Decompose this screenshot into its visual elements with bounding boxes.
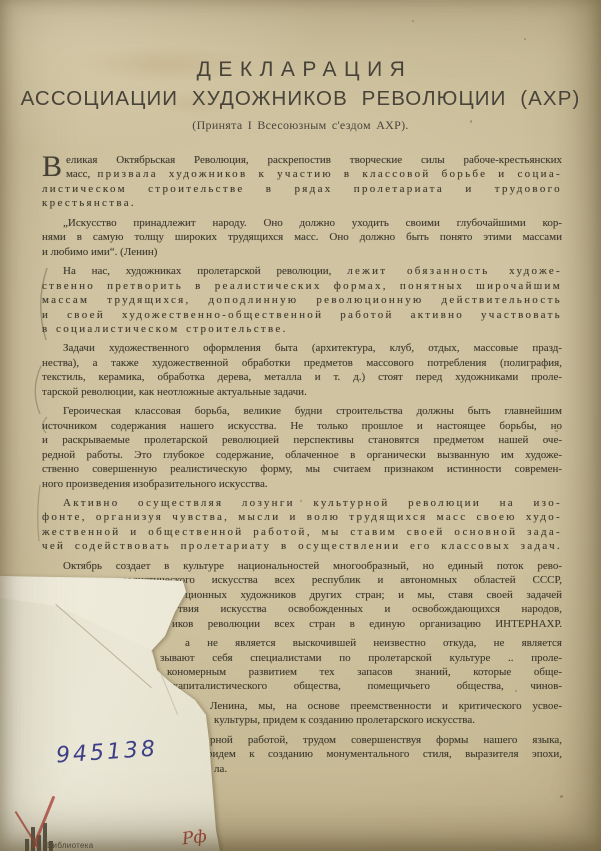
- logo-bar: [25, 839, 29, 851]
- text-line: крестьянства.: [42, 196, 562, 210]
- text-line: а не является выскочившей неизвестно отк…: [185, 636, 562, 650]
- text-line: источником содержания нашего искусства. …: [42, 419, 562, 433]
- text-line: массам трудящихся, доподлинную революцио…: [42, 293, 562, 307]
- paragraph: На нас, художниках пролетарской революци…: [42, 264, 562, 336]
- text-line: Задачи художественного оформления быта (…: [42, 341, 562, 355]
- text-line: культуры, придем к созданию пролетарског…: [214, 713, 562, 727]
- text-line: Героическая классовая борьба, великие бу…: [42, 404, 562, 418]
- text-line: еликая Октябрьская Революция, раскрепост…: [42, 153, 562, 167]
- text-segment: еликая Октябрьская Революция, раскрепост…: [66, 154, 562, 166]
- text-line: листическом строительстве в рядах пролет…: [42, 182, 562, 196]
- paragraph: „Искусство принадлежит народу. Оно должн…: [42, 216, 562, 259]
- text-line: ственно совершенную реалистическую форму…: [42, 462, 562, 476]
- envelope-overlay: [0, 570, 240, 851]
- text-segment: масс,: [66, 168, 97, 180]
- text-line: ного произведения изобразительного искус…: [42, 477, 562, 491]
- text-segment: лежит обязанность художе-: [347, 265, 562, 277]
- paragraph: Героическая классовая борьба, великие бу…: [42, 404, 562, 491]
- paper-speck: [412, 20, 414, 22]
- envelope-body: [0, 570, 240, 851]
- text-line: чей содействовать пролетариату в осущест…: [42, 539, 562, 553]
- text-line: „Искусство принадлежит народу. Оно должн…: [42, 216, 562, 230]
- text-line: масс, призвала художников к участию в кл…: [42, 167, 562, 181]
- text-line: в социалистическом строительстве.: [42, 322, 562, 336]
- handwritten-red-mark: Рф: [181, 827, 208, 850]
- scanned-document-page: ДЕКЛАРАЦИЯ АССОЦИАЦИИ ХУДОЖНИКОВ РЕВОЛЮЦ…: [0, 0, 601, 851]
- text-line: ственно претворить в реалистических форм…: [42, 279, 562, 293]
- text-segment: призвала художников к участию в классово…: [98, 168, 563, 180]
- envelope-flap: [0, 570, 240, 851]
- text-line: ционных художников других стран; и мы, с…: [185, 588, 562, 602]
- paper-speck: [524, 38, 526, 40]
- text-line: тарской революции, как неотложные актуал…: [42, 385, 562, 399]
- text-line: редной работы. Это глубокое содержание, …: [42, 448, 562, 462]
- text-line: и любимо ими“. (Ленин): [42, 245, 562, 259]
- text-line: Активно осуществляя лозунги культурной р…: [42, 496, 562, 510]
- text-line: Ленина, мы, на основе преемственности и …: [210, 699, 562, 713]
- text-line: текстиль, керамика, обработка дерева, ме…: [42, 370, 562, 384]
- paragraph: Активно осуществляя лозунги культурной р…: [42, 496, 562, 554]
- paragraph: Великая Октябрьская Революция, раскрепос…: [42, 153, 562, 211]
- text-line: ла.: [214, 762, 562, 776]
- text-line: и раскрываемые пролетарской революцией п…: [42, 433, 562, 447]
- document-title-line2: АССОЦИАЦИИ ХУДОЖНИКОВ РЕВОЛЮЦИИ (АХР): [0, 87, 601, 111]
- text-line: нями в самую толщу широких трудящихся ма…: [42, 230, 562, 244]
- title-block: ДЕКЛАРАЦИЯ АССОЦИАЦИИ ХУДОЖНИКОВ РЕВОЛЮЦ…: [0, 58, 601, 133]
- text-line: фонте, организуя чувства, мысли и волю т…: [42, 510, 562, 524]
- document-subtitle: (Принята I Всесоюзным с'ездом АХР).: [0, 118, 601, 133]
- document-title-line1: ДЕКЛАРАЦИЯ: [8, 58, 601, 82]
- text-line: жественной и общественной работой, мы ст…: [42, 525, 562, 539]
- envelope-fold-line: [151, 650, 178, 715]
- text-line: и своей художественно-общественной работ…: [42, 308, 562, 322]
- dropcap-letter: В: [42, 153, 66, 179]
- text-line: рной работой, трудом совершенствуя формы…: [210, 733, 562, 747]
- text-line: ридем к созданию монументального стиля, …: [207, 747, 562, 761]
- text-segment: На нас, художниках пролетарской революци…: [63, 265, 347, 277]
- paragraph: Задачи художественного оформления быта (…: [42, 341, 562, 399]
- text-line: нества), а также художественной обработк…: [42, 356, 562, 370]
- library-label: Библиотека: [47, 841, 94, 850]
- paper-speck: [560, 795, 563, 798]
- text-line: На нас, художниках пролетарской революци…: [42, 264, 562, 278]
